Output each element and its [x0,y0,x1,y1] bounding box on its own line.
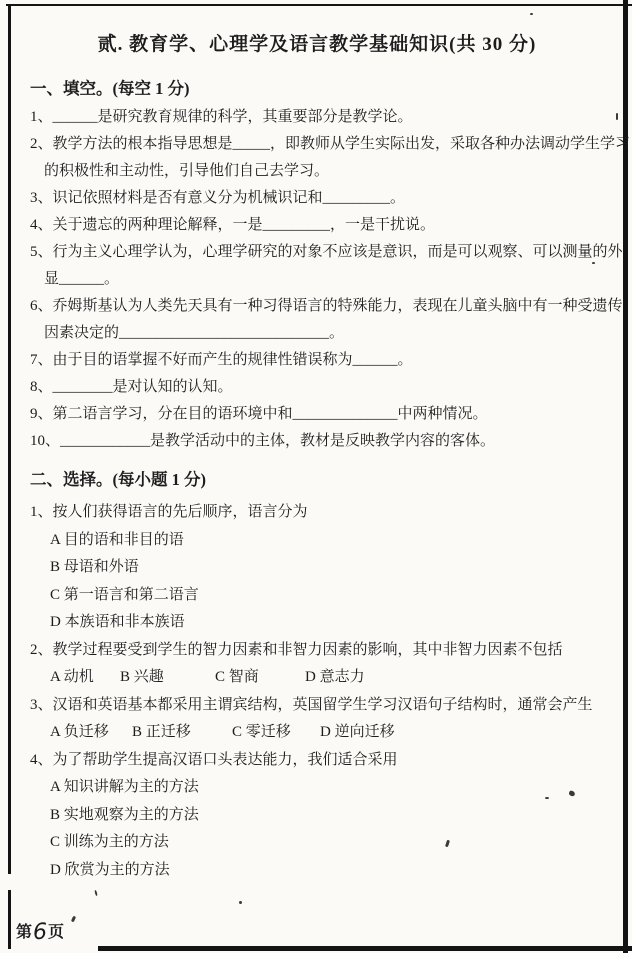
scan-speckle [616,113,618,120]
fill-item-10: 10、____________是教学活动中的主体，教材是反映教学内容的客体。 [30,428,604,455]
scanned-exam-page: 贰. 教育学、心理学及语言教学基础知识(共 30 分) 一、填空。(每空 1 分… [0,0,632,953]
choice-q1-option-b: B 母语和外语 [50,554,604,582]
choice-section-items: 1、按人们获得语言的先后顺序，语言分为 A 目的语和非目的语 B 母语和外语 C… [30,499,604,884]
choice-q2-option-d: D 意志力 [305,664,365,692]
fill-item-5-line-2: 显______。 [44,266,604,293]
fill-section-heading: 一、填空。(每空 1 分) [30,78,604,100]
choice-q3-option-a: A 负迁移 [50,719,132,747]
scan-speckle [71,916,76,923]
page-border-left-gap [7,874,12,890]
choice-q3-options: A 负迁移 B 正迁移 C 零迁移 D 逆向迁移 [50,719,604,747]
scan-speckle [545,797,549,799]
fill-item-4: 4、关于遗忘的两种理论解释，一是_________，一是干扰说。 [30,212,604,239]
choice-q2-options: A 动机 B 兴趣 C 智商 D 意志力 [50,664,604,692]
page-number-prefix: 第 [16,924,32,941]
fill-item-2-line-2: 的积极性和主动性，引导他们自己去学习。 [44,158,604,185]
fill-section-items: 1、______是研究教育规律的科学，其重要部分是教学论。 2、教学方法的根本指… [30,104,604,455]
scan-speckle [530,13,533,15]
fill-item-6-line-1: 6、乔姆斯基认为人类先天具有一种习得语言的特殊能力，表现在儿童头脑中有一种受遗传 [30,293,604,320]
page-number-handwritten: 6 [32,920,48,945]
page-border-bottom [98,946,632,951]
choice-q1-option-a: A 目的语和非目的语 [50,527,604,555]
choice-q4-option-c: C 训练为主的方法 [50,829,604,857]
fill-item-7: 7、由于目的语掌握不好而产生的规律性错误称为______。 [30,347,604,374]
choice-q4-stem: 4、为了帮助学生提高汉语口头表达能力，我们适合采用 [30,747,604,775]
fill-item-5-line-1: 5、行为主义心理学认为，心理学研究的对象不应该是意识，而是可以观察、可以测量的外 [30,239,604,266]
fill-item-1: 1、______是研究教育规律的科学，其重要部分是教学论。 [30,104,604,131]
fill-item-2-line-1: 2、教学方法的根本指导思想是_____，即教师从学生实际出发，采取各种办法调动学… [30,131,604,158]
page-border-top [6,4,632,6]
exam-section-title: 贰. 教育学、心理学及语言教学基础知识(共 30 分) [30,32,604,58]
choice-q2-option-c: C 智商 [215,664,305,692]
choice-q3-option-c: C 零迁移 [232,719,320,747]
fill-item-3: 3、识记依照材料是否有意义分为机械识记和_________。 [30,185,604,212]
choice-q4-option-b: B 实地观察为主的方法 [50,802,604,830]
choice-q2-option-a: A 动机 [50,664,120,692]
choice-q3-option-d: D 逆向迁移 [320,719,395,747]
fill-item-9: 9、第二语言学习，分在目的语环境中和______________中两种情况。 [30,401,604,428]
choice-q3-stem: 3、汉语和英语基本都采用主谓宾结构，英国留学生学习汉语句子结构时，通常会产生 [30,692,604,720]
fill-item-8: 8、________是对认知的认知。 [30,374,604,401]
choice-q2-option-b: B 兴趣 [120,664,215,692]
choice-q4-option-d: D 欣赏为主的方法 [50,857,604,885]
choice-q1-stem: 1、按人们获得语言的先后顺序，语言分为 [30,499,604,527]
scan-speckle [239,901,242,904]
choice-q4-option-a: A 知识讲解为主的方法 [50,774,604,802]
scan-speckle [94,890,97,896]
choice-q1-option-c: C 第一语言和第二语言 [50,582,604,610]
scan-speckle [592,262,595,264]
choice-q3-option-b: B 正迁移 [132,719,232,747]
choice-q2-stem: 2、教学过程要受到学生的智力因素和非智力因素的影响，其中非智力因素不包括 [30,637,604,665]
choice-q1-option-d: D 本族语和非本族语 [50,609,604,637]
page-footer: 第6页 [16,921,64,945]
page-number-suffix: 页 [48,924,64,941]
page-content: 贰. 教育学、心理学及语言教学基础知识(共 30 分) 一、填空。(每空 1 分… [30,26,604,884]
choice-section-heading: 二、选择。(每小题 1 分) [30,469,604,491]
page-border-left [8,4,11,949]
fill-item-6-line-2: 因素决定的____________________________。 [44,320,604,347]
